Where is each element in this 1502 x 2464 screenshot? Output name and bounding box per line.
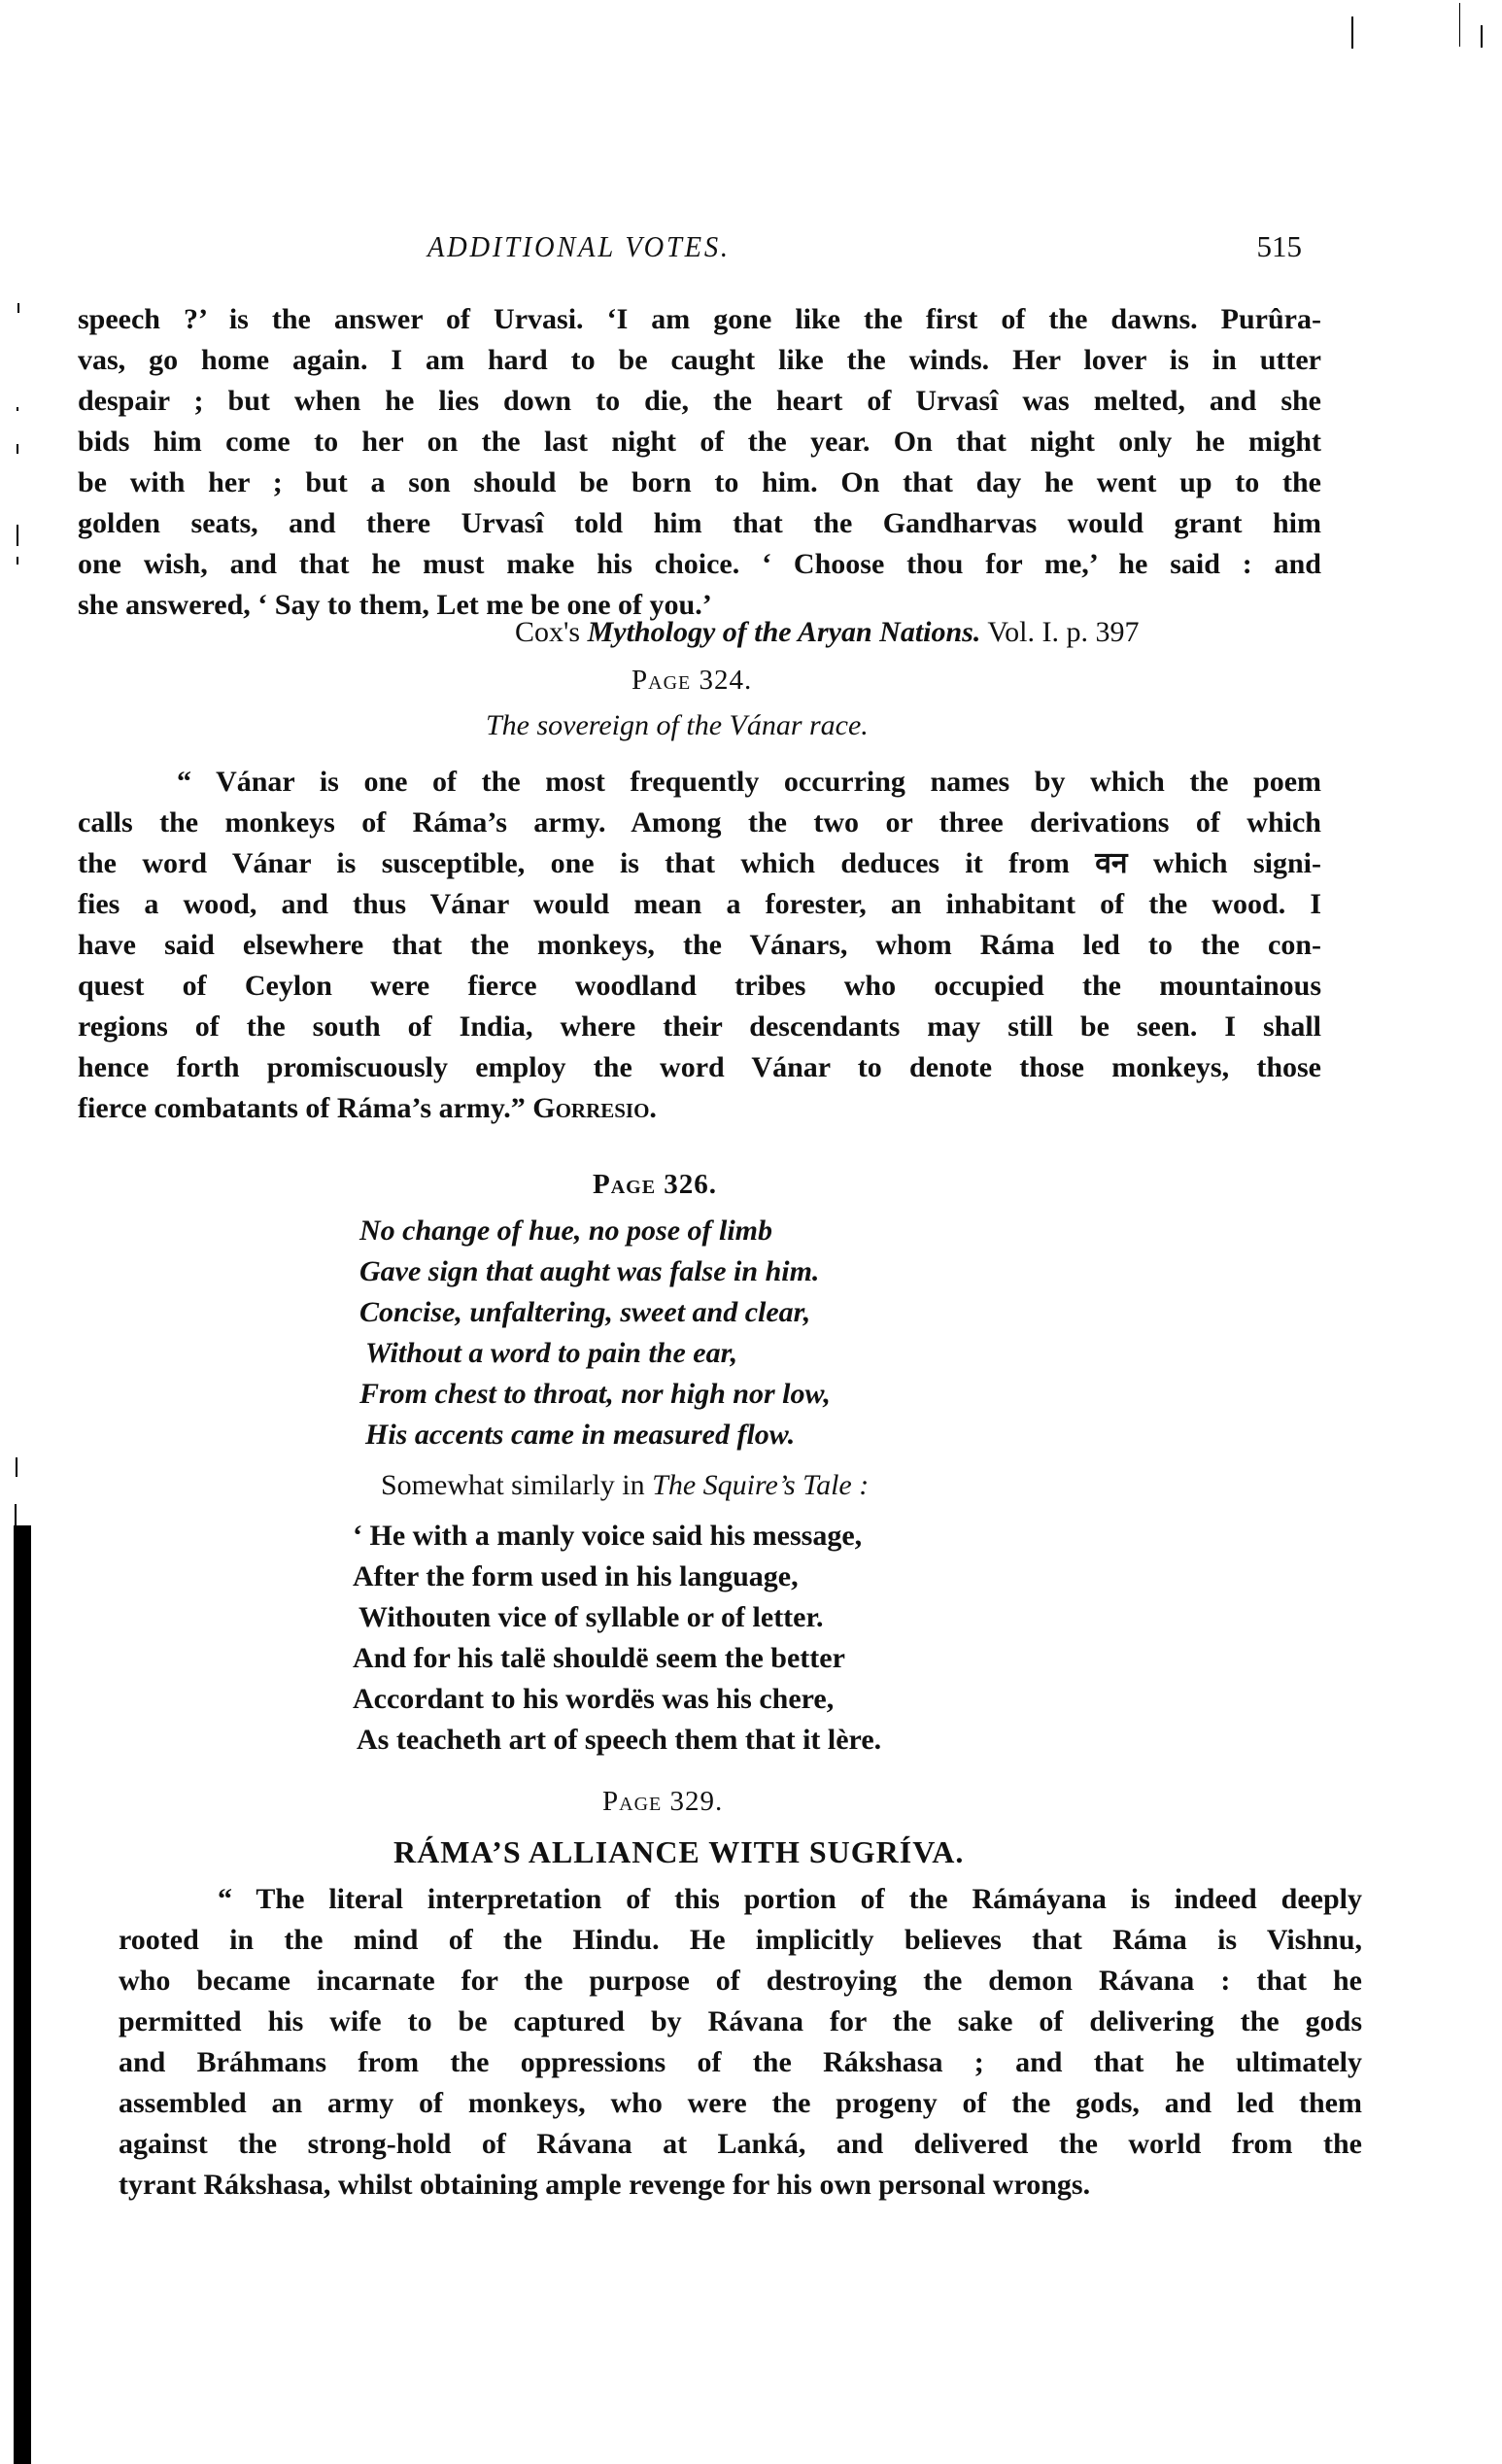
scan-mark [17, 407, 18, 411]
author-name: Gorresio. [532, 1092, 657, 1124]
text-line: assembled an army of monkeys, who were t… [119, 2083, 1362, 2124]
text-line: despair ; but when he lies down to die, … [78, 381, 1321, 422]
scan-mark [17, 303, 19, 313]
scan-mark [17, 444, 18, 454]
section-heading-page-329: Page 329. [602, 1786, 723, 1818]
comparison-title: The Squire’s Tale : [652, 1469, 869, 1501]
text-line: the word Vánar is susceptible, one is th… [78, 843, 1321, 884]
scan-mark [15, 1504, 17, 1525]
section-subheading: The sovereign of the Vánar race. [486, 709, 869, 742]
scan-mark [1481, 25, 1483, 48]
text-line: calls the monkeys of Ráma’s army. Among … [78, 803, 1321, 843]
text-line: permitted his wife to be captured by Ráv… [119, 2002, 1362, 2042]
scan-mark [1459, 3, 1460, 47]
text-line: bids him come to her on the last night o… [78, 422, 1321, 462]
citation-suffix: Vol. I. p. 397 [980, 616, 1139, 648]
text-line: “ Vánar is one of the most frequently oc… [78, 762, 1321, 803]
verse-line: No change of hue, no pose of limb [359, 1211, 831, 1251]
text-line: quest of Ceylon were fierce woodland tri… [78, 966, 1321, 1007]
text-line: tyrant Rákshasa, whilst obtaining ample … [119, 2165, 1362, 2206]
verse-block-squires-tale: ‘ He with a manly voice said his message… [353, 1516, 881, 1761]
text-line: have said elsewhere that the monkeys, th… [78, 925, 1321, 966]
binding-shadow [14, 1525, 31, 2464]
verse-line: After the form used in his language, [353, 1557, 881, 1597]
verse-line: And for his talë shouldë seem the better [353, 1638, 881, 1679]
comparison-prefix: Somewhat similarly in [381, 1469, 652, 1501]
running-title: ADDITIONAL VOTES. [427, 229, 731, 264]
text-line: “ The literal interpretation of this por… [119, 1879, 1362, 1920]
comparison-line: Somewhat similarly in The Squire’s Tale … [381, 1465, 869, 1506]
text-line: fies a wood, and thus Vánar would mean a… [78, 884, 1321, 925]
verse-line: His accents came in measured flow. [359, 1415, 831, 1455]
section-heading-page-326: Page 326. [593, 1169, 717, 1201]
text-line: regions of the south of India, where the… [78, 1007, 1321, 1047]
verse-line: Concise, unfaltering, sweet and clear, [359, 1292, 831, 1333]
text-line: golden seats, and there Urvasî told him … [78, 503, 1321, 544]
verse-line: Without a word to pain the ear, [359, 1333, 831, 1374]
text-line: be with her ; but a son should be born t… [78, 462, 1321, 503]
vanar-paragraph: “ Vánar is one of the most frequently oc… [78, 762, 1321, 1129]
text-line: rooted in the mind of the Hindu. He impl… [119, 1920, 1362, 1961]
text-line: against the strong-hold of Rávana at Lan… [119, 2124, 1362, 2165]
running-head: ADDITIONAL VOTES. 515 [427, 229, 1302, 278]
scan-mark [17, 557, 18, 565]
text-line: fierce combatants of Ráma’s army.” Gorre… [78, 1088, 1321, 1129]
text-line: and Bráhmans from the oppressions of the… [119, 2042, 1362, 2083]
text-line: one wish, and that he must make his choi… [78, 544, 1321, 585]
urvasi-paragraph: speech ?’ is the answer of Urvasi. ‘I am… [78, 299, 1321, 626]
text-fragment: fierce combatants of Ráma’s army.” [78, 1092, 526, 1124]
text-line: hence forth promiscuously employ the wor… [78, 1047, 1321, 1088]
section-title: RÁMA’S ALLIANCE WITH SUGRÍVA. [393, 1834, 964, 1870]
verse-line: Gave sign that aught was false in him. [359, 1251, 831, 1292]
citation-title: Mythology of the Aryan Nations. [588, 616, 981, 648]
citation-prefix: Cox's [515, 616, 588, 648]
section-heading-page-324: Page 324. [632, 665, 752, 697]
text-line: speech ?’ is the answer of Urvasi. ‘I am… [78, 299, 1321, 340]
verse-block-italic: No change of hue, no pose of limb Gave s… [359, 1211, 831, 1455]
scan-mark [1351, 17, 1353, 49]
rama-alliance-paragraph: “ The literal interpretation of this por… [119, 1879, 1362, 2206]
verse-line: ‘ He with a manly voice said his message… [353, 1516, 881, 1557]
verse-line: As teacheth art of speech them that it l… [353, 1720, 881, 1761]
page-number: 515 [1257, 229, 1303, 264]
citation: Cox's Mythology of the Aryan Nations. Vo… [515, 612, 1139, 653]
text-line: vas, go home again. I am hard to be caug… [78, 340, 1321, 381]
verse-line: Withouten vice of syllable or of letter. [353, 1597, 881, 1638]
scan-mark [16, 1457, 17, 1477]
text-line: who became incarnate for the purpose of … [119, 1961, 1362, 2002]
verse-line: From chest to throat, nor high nor low, [359, 1374, 831, 1415]
scan-mark [17, 525, 18, 546]
verse-line: Accordant to his wordës was his chere, [353, 1679, 881, 1720]
